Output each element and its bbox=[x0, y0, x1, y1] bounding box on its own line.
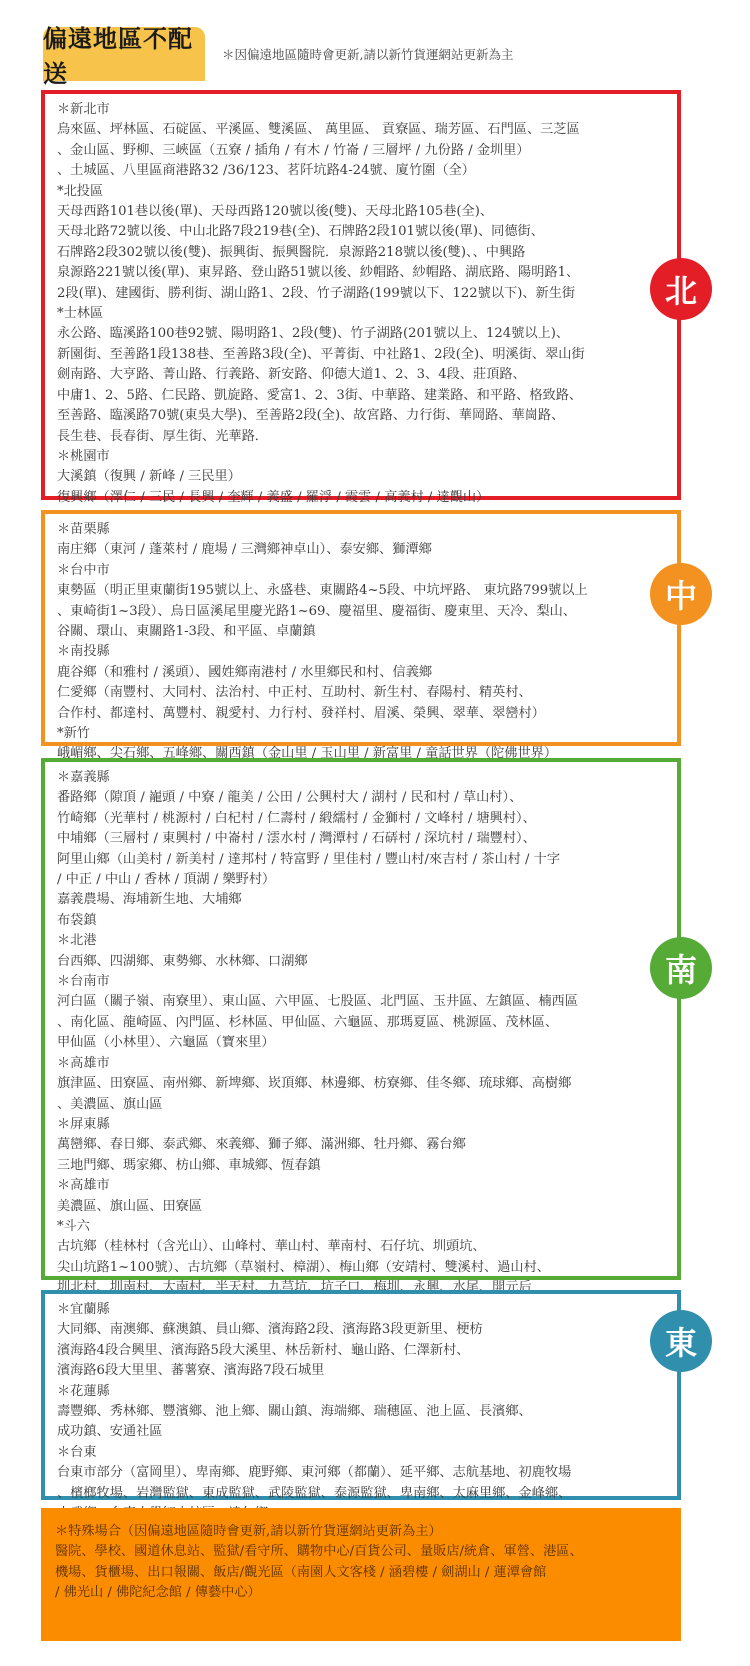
region-north-box: ＊新北市烏來區、坪林區、石碇區、平溪區、雙溪區、 萬里區、 貢寮區、瑞芳區、石門… bbox=[41, 90, 681, 500]
area-line: 東勢區（明正里東蘭街195號以上、永盛巷、東關路4~5段、中坑坪路、 東坑路79… bbox=[57, 581, 667, 601]
area-line: ＊台東 bbox=[57, 1443, 667, 1463]
area-line: 復興鄉（澤仁 / 三民 / 長興 / 奎輝 / 義盛 / 羅浮 / 霞雲 / 高… bbox=[57, 488, 667, 508]
central-badge: 中 bbox=[650, 563, 712, 625]
area-line: 石牌路2段302號以後(雙)、振興街、振興醫院．泉源路218號以後(雙)、、中興… bbox=[57, 243, 667, 263]
area-line: ＊台南市 bbox=[57, 972, 667, 992]
area-line: ＊高雄市 bbox=[57, 1054, 667, 1074]
area-line: *斗六 bbox=[57, 1217, 667, 1237]
area-line: 台西鄉、四湖鄉、東勢鄉、水林鄉、口湖鄉 bbox=[57, 952, 667, 972]
region-east-box: ＊宜蘭縣大同鄉、南澳鄉、蘇澳鎮、員山鄉、濱海路2段、濱海路3段更新里、梗枋濱海路… bbox=[41, 1290, 681, 1500]
area-line: 大同鄉、南澳鄉、蘇澳鎮、員山鄉、濱海路2段、濱海路3段更新里、梗枋 bbox=[57, 1320, 667, 1340]
area-line: 天母北路72號以後、中山北路7段219巷(全)、石牌路2段101號以後(單)、同… bbox=[57, 222, 667, 242]
area-line: ＊台中市 bbox=[57, 561, 667, 581]
area-line: 大溪鎮（復興 / 新峰 / 三民里） bbox=[57, 467, 667, 487]
region-central-box: ＊苗栗縣南庄鄉（東河 / 蓬萊村 / 鹿場 / 三灣鄉神卓山）、泰安鄉、獅潭鄉 … bbox=[41, 510, 681, 746]
area-line: ＊高雄市 bbox=[57, 1176, 667, 1196]
area-line: ＊花蓮縣 bbox=[57, 1382, 667, 1402]
area-line: 濱海路6段大里里、蕃薯寮、濱海路7段石城里 bbox=[57, 1361, 667, 1381]
area-line: ＊北港 bbox=[57, 931, 667, 951]
area-line: ＊桃園市 bbox=[57, 447, 667, 467]
area-line: 旗津區、田寮區、南州鄉、新埤鄉、崁頂鄉、林邊鄉、枋寮鄉、佳冬鄉、琉球鄉、高樹鄉 bbox=[57, 1074, 667, 1094]
area-line: 中庸1、2、5路、仁民路、凱旋路、愛富1、2、3街、中華路、建業路、和平路、格致… bbox=[57, 386, 667, 406]
area-line: 新園街、至善路1段138巷、至善路3段(全)、平菁街、中社路1、2段(全)、明溪… bbox=[57, 345, 667, 365]
area-line: 機場、貨櫃場、出口報關、飯店/觀光區（南園人文客棧 / 涵碧樓 / 劍湖山 / … bbox=[55, 1563, 667, 1583]
area-line: 河白區（關子嶺、南寮里）、東山區、六甲區、七股區、北門區、玉井區、左鎮區、楠西區 bbox=[57, 992, 667, 1012]
area-line: 泉源路221號以後(單)、東昇路、登山路51號以後、紗帽路、紗帽路、湖底路、陽明… bbox=[57, 263, 667, 283]
area-line: 布袋鎮 bbox=[57, 911, 667, 931]
area-line: ＊特殊場合（因偏遠地區隨時會更新,請以新竹貨運網站更新為主） bbox=[55, 1522, 667, 1542]
area-line: / 佛光山 / 佛陀紀念館 / 傳藝中心） bbox=[55, 1583, 667, 1603]
page-title: 偏遠地區不配送 bbox=[43, 27, 205, 81]
area-line: 谷關、環山、東關路1-3段、和平區、卓蘭鎮 bbox=[57, 622, 667, 642]
area-line: 尖山坑路1~100號）、古坑鄉（草嶺村、樟湖）、梅山鄉（安靖村、雙溪村、過山村、 bbox=[57, 1258, 667, 1278]
north-badge: 北 bbox=[650, 258, 712, 320]
area-line: 濱海路4段合興里、濱海路5段大溪里、林岳新村、龜山路、仁澤新村、 bbox=[57, 1341, 667, 1361]
area-line: 仁愛鄉（南豐村、大同村、法治村、中正村、互助村、新生村、春陽村、精英村、 bbox=[57, 683, 667, 703]
area-line: 、美濃區、旗山區 bbox=[57, 1095, 667, 1115]
area-line: ＊新北市 bbox=[57, 100, 667, 120]
area-line: 、東崎街1~3段）、烏日區溪尾里慶光路1~69、慶福里、慶福街、慶東里、天冷、梨… bbox=[57, 602, 667, 622]
area-line: ＊屏東縣 bbox=[57, 1115, 667, 1135]
area-line: 烏來區、坪林區、石碇區、平溪區、雙溪區、 萬里區、 貢寮區、瑞芳區、石門區、三芝… bbox=[57, 120, 667, 140]
area-line: 、檳榔牧場、岩灣監獄、東成監獄、武陵監獄、泰源監獄、卑南鄉、太麻里鄉、金峰鄉、 bbox=[57, 1484, 667, 1504]
area-line: 2段(單)、建國街、勝利街、湖山路1、2段、竹子湖路(199號以下、122號以下… bbox=[57, 284, 667, 304]
area-line: ＊苗栗縣 bbox=[57, 520, 667, 540]
area-line: 永公路、臨溪路100巷92號、陽明路1、2段(雙)、竹子湖路(201號以上、12… bbox=[57, 324, 667, 344]
area-line: 、金山區、野柳、三峽區（五寮 / 插角 / 有木 / 竹崙 / 三層坪 / 九份… bbox=[57, 141, 667, 161]
area-line: *士林區 bbox=[57, 304, 667, 324]
area-line: *北投區 bbox=[57, 182, 667, 202]
south-badge: 南 bbox=[650, 937, 712, 999]
area-line: ＊嘉義縣 bbox=[57, 768, 667, 788]
region-south-box: ＊嘉義縣番路鄉（隙頂 / 巃頭 / 中寮 / 龍美 / 公田 / 公興村大 / … bbox=[41, 758, 681, 1280]
area-line: *新竹 bbox=[57, 724, 667, 744]
area-line: 三地門鄉、瑪家鄉、枋山鄉、車城鄉、恆春鎮 bbox=[57, 1156, 667, 1176]
area-line: 古坑鄉（桂林村（含光山）、山峰村、華山村、華南村、石仔坑、圳頭坑、 bbox=[57, 1237, 667, 1257]
area-line: 阿里山鄉（山美村 / 新美村 / 達邦村 / 特富野 / 里佳村 / 豐山村/來… bbox=[57, 850, 667, 870]
area-line: 萬巒鄉、春日鄉、泰武鄉、來義鄉、獅子鄉、滿洲鄉、牡丹鄉、霧台鄉 bbox=[57, 1135, 667, 1155]
area-line: 劍南路、大亨路、菁山路、行義路、新安路、仰德大道1、2、3、4段、莊頂路、 bbox=[57, 365, 667, 385]
area-line: 合作村、都達村、萬豐村、親愛村、力行村、發祥村、眉溪、榮興、翠華、翠巒村） bbox=[57, 704, 667, 724]
area-line: 鹿谷鄉（和雅村 / 溪頭）、國姓鄉南港村 / 水里鄉民和村、信義鄉 bbox=[57, 663, 667, 683]
area-line: 成功鎮、安通社區 bbox=[57, 1422, 667, 1442]
area-line: ＊南投縣 bbox=[57, 642, 667, 662]
area-line: 竹崎鄉（光華村 / 桃源村 / 白杞村 / 仁壽村 / 緞繻村 / 金獅村 / … bbox=[57, 809, 667, 829]
area-line: 美濃區、旗山區、田寮區 bbox=[57, 1197, 667, 1217]
east-badge: 東 bbox=[650, 1310, 712, 1372]
area-line: 、南化區、龍崎區、內門區、杉林區、甲仙區、六龜區、那瑪夏區、桃源區、茂林區、 bbox=[57, 1013, 667, 1033]
area-line: 嘉義農場、海埔新生地、大埔鄉 bbox=[57, 890, 667, 910]
update-note: ＊因偏遠地區隨時會更新,請以新竹貨運網站更新為主 bbox=[222, 45, 513, 63]
area-line: 天母西路101巷以後(單)、天母西路120號以後(雙)、天母北路105巷(全)、 bbox=[57, 202, 667, 222]
area-line: 、土城區、八里區商港路32 /36/123、茗阡坑路4-24號、廈竹圍（全） bbox=[57, 161, 667, 181]
area-line: 甲仙區（小林里）、六龜區（寶來里） bbox=[57, 1033, 667, 1053]
area-line: ＊宜蘭縣 bbox=[57, 1300, 667, 1320]
area-line: 南庄鄉（東河 / 蓬萊村 / 鹿場 / 三灣鄉神卓山）、泰安鄉、獅潭鄉 bbox=[57, 540, 667, 560]
special-locations-box: ＊特殊場合（因偏遠地區隨時會更新,請以新竹貨運網站更新為主）醫院、學校、國道休息… bbox=[41, 1508, 681, 1641]
area-line: 番路鄉（隙頂 / 巃頭 / 中寮 / 龍美 / 公田 / 公興村大 / 湖村 /… bbox=[57, 788, 667, 808]
area-line: / 中正 / 中山 / 香林 / 頂湖 / 樂野村） bbox=[57, 870, 667, 890]
area-line: 壽豐鄉、秀林鄉、豐濱鄉、池上鄉、關山鎮、海端鄉、瑞穗區、池上區、長濱鄉、 bbox=[57, 1402, 667, 1422]
area-line: 中埔鄉（三層村 / 東興村 / 中崙村 / 澐水村 / 灣潭村 / 石硦村 / … bbox=[57, 829, 667, 849]
area-line: 醫院、學校、國道休息站、監獄/看守所、購物中心/百貨公司、量販店/統倉、軍營、港… bbox=[55, 1542, 667, 1562]
area-line: 長生巷、長春街、厚生街、光華路． bbox=[57, 427, 667, 447]
area-line: 至善路、臨溪路70號(東吳大學)、至善路2段(全)、故宮路、力行街、華岡路、華崗… bbox=[57, 406, 667, 426]
area-line: 台東市部分（富岡里）、卑南鄉、鹿野鄉、東河鄉（都蘭）、延平鄉、志航基地、初鹿牧場 bbox=[57, 1463, 667, 1483]
